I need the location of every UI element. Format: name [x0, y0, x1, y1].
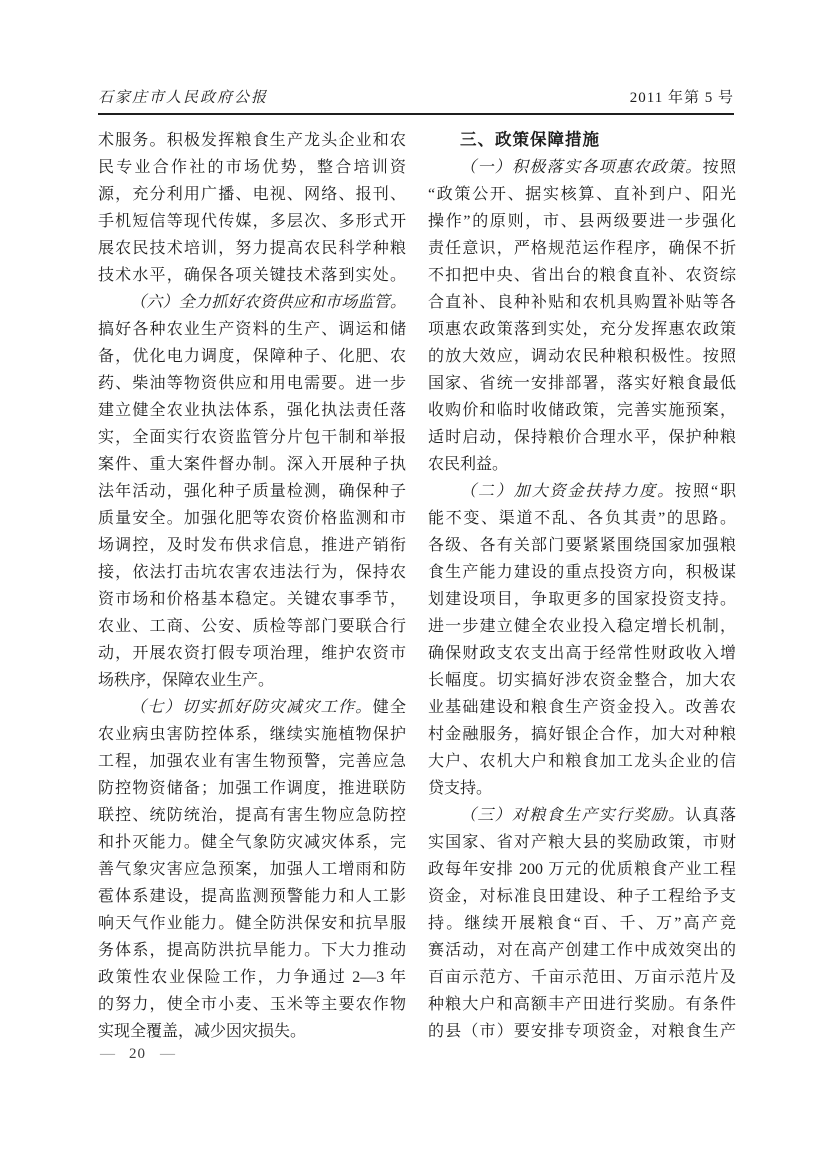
text-line: 能不变、渠道不乱、各负其责”的思路。: [428, 505, 736, 532]
text-line: （七）切实抓好防灾减灾工作。健全: [98, 694, 406, 721]
text-line: （六）全力抓好农资供应和市场监管。: [98, 289, 406, 316]
page-number: — 20 —: [100, 1044, 175, 1064]
text-segment: 案件、重大案件督办制。深入开展种子执: [98, 456, 406, 473]
text-line: 接，依法打击坑农害农违法行为，保持农: [98, 559, 406, 586]
text-segment: 政每年安排 200 万元的优质粮食产业工程: [428, 861, 736, 878]
text-line: 村金融服务，搞好银企合作，加大对种粮: [428, 721, 736, 748]
text-segment: 种粮大户和高额丰产田进行奖励。有条件: [428, 996, 736, 1013]
text-segment: 农业、工商、公安、质检等部门要联合行: [98, 618, 406, 635]
text-line: （三）对粮食生产实行奖励。认真落: [428, 802, 736, 829]
text-line: 种粮大户和高额丰产田进行奖励。有条件: [428, 991, 736, 1018]
text-line: 场秩序，保障农业生产。: [98, 667, 406, 694]
text-segment: 划建设项目，争取更多的国家投资支持。: [428, 591, 736, 608]
text-line: 实，全面实行农资监管分片包干制和举报: [98, 424, 406, 451]
text-segment: 认真落: [685, 807, 736, 824]
text-line: 展农民技术培训，努力提高农民科学种粮: [98, 235, 406, 262]
publication-title: 石家庄市人民政府公报: [98, 88, 268, 108]
text-segment: 百亩示范方、千亩示范田、万亩示范片及: [428, 969, 736, 986]
text-line: 适时启动，保持粮价合理水平，保护种粮: [428, 424, 736, 451]
text-segment: 的县（市）要安排专项资金，对粮食生产: [428, 1023, 736, 1040]
left-column: 术服务。积极发挥粮食生产龙头企业和农民专业合作社的市场优势，整合培训资源，充分利…: [98, 127, 406, 1045]
text-line: 进一步建立健全农业投入稳定增长机制，: [428, 613, 736, 640]
text-segment: 赛活动，对在高产创建工作中成效突出的: [428, 942, 736, 959]
text-segment: （六）全力抓好农资供应和市场监管。: [130, 294, 406, 311]
text-line: 法年活动，强化种子质量检测，确保种子: [98, 478, 406, 505]
text-segment: 接，依法打击坑农害农违法行为，保持农: [98, 564, 406, 581]
text-segment: 展农民技术培训，努力提高农民科学种粮: [98, 240, 406, 257]
text-segment: 技术水平，确保各项关键技术落到实处。: [98, 267, 406, 284]
text-line: 贷支持。: [428, 775, 736, 802]
text-line: 动，开展农资打假专项治理，维护农资市: [98, 640, 406, 667]
text-line: 农业、工商、公安、质检等部门要联合行: [98, 613, 406, 640]
text-line: 雹体系建设，提高监测预警能力和人工影: [98, 883, 406, 910]
text-segment: 工程，加强农业有害生物预警，完善应急: [98, 753, 406, 770]
text-line: 案件、重大案件督办制。深入开展种子执: [98, 451, 406, 478]
text-line: 和扑灭能力。健全气象防灾减灾体系，完: [98, 829, 406, 856]
text-segment: 长幅度。切实搞好涉农资金整合，加大农: [428, 672, 736, 689]
text-line: 实国家、省对产粮大县的奖励政策，市财: [428, 829, 736, 856]
text-line: 场调控，及时发布供求信息，推进产销衔: [98, 532, 406, 559]
text-line: 资金，对标准良田建设、种子工程给予支: [428, 883, 736, 910]
text-segment: 雹体系建设，提高监测预警能力和人工影: [98, 888, 406, 905]
text-segment: 资金，对标准良田建设、种子工程给予支: [428, 888, 736, 905]
text-segment: 持。继续开展粮食“百、千、万”高产竞: [428, 915, 736, 932]
text-segment: 法年活动，强化种子质量检测，确保种子: [98, 483, 406, 500]
text-line: 质量安全。加强化肥等农资价格监测和市: [98, 505, 406, 532]
text-segment: （二）加大资金扶持力度。: [460, 483, 675, 500]
text-line: 操作”的原则，市、县两级要进一步强化: [428, 208, 736, 235]
text-line: 政策性农业保险工作，力争通过 2—3 年: [98, 964, 406, 991]
text-segment: 三、政策保障措施: [460, 131, 600, 149]
text-line: 责任意识，严格规范运作程序，确保不折: [428, 235, 736, 262]
text-line: 收购价和临时收储政策，完善实施预案，: [428, 397, 736, 424]
text-segment: 和扑灭能力。健全气象防灾减灾体系，完: [98, 834, 406, 851]
text-segment: 能不变、渠道不乱、各负其责”的思路。: [428, 510, 736, 527]
text-line: 建立健全农业执法体系，强化执法责任落: [98, 397, 406, 424]
text-segment: 村金融服务，搞好银企合作，加大对种粮: [428, 726, 736, 743]
text-line: （一）积极落实各项惠农政策。按照: [428, 154, 736, 181]
text-segment: 按照: [703, 159, 736, 176]
text-segment: 适时启动，保持粮价合理水平，保护种粮: [428, 429, 736, 446]
text-segment: 进一步建立健全农业投入稳定增长机制，: [428, 618, 736, 635]
text-segment: 手机短信等现代传媒，多层次、多形式开: [98, 213, 406, 230]
text-segment: 操作”的原则，市、县两级要进一步强化: [428, 213, 736, 230]
text-segment: 大户、农机大户和粮食加工龙头企业的信: [428, 753, 736, 770]
text-line: 搞好各种农业生产资料的生产、调运和储: [98, 316, 406, 343]
text-segment: 各级、各有关部门要紧紧围绕国家加强粮: [428, 537, 736, 554]
text-line: 民专业合作社的市场优势，整合培训资: [98, 154, 406, 181]
text-line: “政策公开、据实核算、直补到户、阳光: [428, 181, 736, 208]
page-number-dash-left: —: [100, 1044, 115, 1064]
text-segment: 合直补、良种补贴和农机具购置补贴等各: [428, 294, 736, 311]
text-line: 农民利益。: [428, 451, 736, 478]
page-number-dash-right: —: [160, 1044, 175, 1064]
text-line: 工程，加强农业有害生物预警，完善应急: [98, 748, 406, 775]
text-segment: 药、柴油等物资供应和用电需要。进一步: [98, 375, 406, 392]
text-segment: 源，充分利用广播、电视、网络、报刊、: [98, 186, 406, 203]
text-line: 百亩示范方、千亩示范田、万亩示范片及: [428, 964, 736, 991]
text-segment: 民专业合作社的市场优势，整合培训资: [98, 159, 406, 176]
text-segment: （七）切实抓好防灾减灾工作。: [130, 699, 373, 716]
text-segment: 责任意识，严格规范运作程序，确保不折: [428, 240, 736, 257]
text-line: 的县（市）要安排专项资金，对粮食生产: [428, 1018, 736, 1045]
text-line: 三、政策保障措施: [428, 127, 736, 154]
text-line: 食生产能力建设的重点投资方向，积极谋: [428, 559, 736, 586]
text-line: 各级、各有关部门要紧紧围绕国家加强粮: [428, 532, 736, 559]
text-segment: 收购价和临时收储政策，完善实施预案，: [428, 402, 736, 419]
text-line: 确保财政支农支出高于经常性财政收入增: [428, 640, 736, 667]
text-segment: 国家、省统一安排部署，落实好粮食最低: [428, 375, 736, 392]
text-segment: 建立健全农业执法体系，强化执法责任落: [98, 402, 406, 419]
text-line: 赛活动，对在高产创建工作中成效突出的: [428, 937, 736, 964]
text-segment: 术服务。积极发挥粮食生产龙头企业和农: [98, 132, 406, 149]
text-line: 持。继续开展粮食“百、千、万”高产竞: [428, 910, 736, 937]
text-segment: 响天气作业能力。健全防洪保安和抗旱服: [98, 915, 406, 932]
text-segment: 务体系，提高防洪抗旱能力。下大力推动: [98, 942, 406, 959]
text-line: 备，优化电力调度，保障种子、化肥、农: [98, 343, 406, 370]
text-line: 国家、省统一安排部署，落实好粮食最低: [428, 370, 736, 397]
text-line: 源，充分利用广播、电视、网络、报刊、: [98, 181, 406, 208]
text-segment: 贷支持。: [428, 780, 492, 797]
text-line: 的努力，使全市小麦、玉米等主要农作物: [98, 991, 406, 1018]
text-segment: 实，全面实行农资监管分片包干制和举报: [98, 429, 406, 446]
page-number-value: 20: [129, 1044, 146, 1064]
issue-number: 2011 年第 5 号: [630, 88, 734, 108]
text-line: 术服务。积极发挥粮食生产龙头企业和农: [98, 127, 406, 154]
text-line: 政每年安排 200 万元的优质粮食产业工程: [428, 856, 736, 883]
text-segment: 食生产能力建设的重点投资方向，积极谋: [428, 564, 736, 581]
text-line: 大户、农机大户和粮食加工龙头企业的信: [428, 748, 736, 775]
text-line: 药、柴油等物资供应和用电需要。进一步: [98, 370, 406, 397]
text-segment: “政策公开、据实核算、直补到户、阳光: [428, 186, 736, 203]
text-segment: 场调控，及时发布供求信息，推进产销衔: [98, 537, 406, 554]
text-line: 务体系，提高防洪抗旱能力。下大力推动: [98, 937, 406, 964]
text-line: 不扣把中央、省出台的粮食直补、农资综: [428, 262, 736, 289]
text-segment: 防控物资储备；加强工作调度，推进联防: [98, 780, 406, 797]
text-line: 防控物资储备；加强工作调度，推进联防: [98, 775, 406, 802]
page-header: 石家庄市人民政府公报 2011 年第 5 号: [98, 88, 734, 108]
document-page: 石家庄市人民政府公报 2011 年第 5 号 术服务。积极发挥粮食生产龙头企业和…: [0, 0, 826, 1169]
text-segment: 农民利益。: [428, 456, 508, 473]
text-line: 业基础建设和粮食生产资金投入。改善农: [428, 694, 736, 721]
header-rule: [98, 113, 734, 115]
text-segment: 健全: [373, 699, 406, 716]
text-line: 技术水平，确保各项关键技术落到实处。: [98, 262, 406, 289]
text-segment: 不扣把中央、省出台的粮食直补、农资综: [428, 267, 736, 284]
text-segment: 确保财政支农支出高于经常性财政收入增: [428, 645, 736, 662]
text-line: 项惠农政策落到实处，充分发挥惠农政策: [428, 316, 736, 343]
text-segment: 农业病虫害防控体系，继续实施植物保护: [98, 726, 406, 743]
text-columns: 术服务。积极发挥粮食生产龙头企业和农民专业合作社的市场优势，整合培训资源，充分利…: [98, 127, 736, 1045]
text-segment: 的努力，使全市小麦、玉米等主要农作物: [98, 996, 406, 1013]
text-segment: 项惠农政策落到实处，充分发挥惠农政策: [428, 321, 736, 338]
text-segment: （一）积极落实各项惠农政策。: [460, 159, 703, 176]
text-segment: 搞好各种农业生产资料的生产、调运和储: [98, 321, 406, 338]
text-segment: 善气象灾害应急预案，加强人工增雨和防: [98, 861, 406, 878]
text-segment: 的放大效应，调动农民种粮积极性。按照: [428, 348, 736, 365]
text-line: 合直补、良种补贴和农机具购置补贴等各: [428, 289, 736, 316]
text-segment: 实现全覆盖，减少因灾损失。: [98, 1023, 306, 1040]
text-line: 联控、统防统治，提高有害生物应急防控: [98, 802, 406, 829]
text-segment: 场秩序，保障农业生产。: [98, 672, 274, 689]
text-segment: 业基础建设和粮食生产资金投入。改善农: [428, 699, 736, 716]
text-segment: 资市场和价格基本稳定。关键农事季节，: [98, 591, 406, 608]
text-line: 手机短信等现代传媒，多层次、多形式开: [98, 208, 406, 235]
text-line: 的放大效应，调动农民种粮积极性。按照: [428, 343, 736, 370]
text-line: （二）加大资金扶持力度。按照“职: [428, 478, 736, 505]
right-column: 三、政策保障措施（一）积极落实各项惠农政策。按照“政策公开、据实核算、直补到户、…: [428, 127, 736, 1045]
text-line: 善气象灾害应急预案，加强人工增雨和防: [98, 856, 406, 883]
text-segment: 动，开展农资打假专项治理，维护农资市: [98, 645, 406, 662]
text-line: 长幅度。切实搞好涉农资金整合，加大农: [428, 667, 736, 694]
text-line: 农业病虫害防控体系，继续实施植物保护: [98, 721, 406, 748]
text-segment: （三）对粮食生产实行奖励。: [460, 807, 685, 824]
text-segment: 按照“职: [675, 483, 736, 500]
text-segment: 备，优化电力调度，保障种子、化肥、农: [98, 348, 406, 365]
text-segment: 政策性农业保险工作，力争通过 2—3 年: [98, 969, 406, 986]
text-segment: 联控、统防统治，提高有害生物应急防控: [98, 807, 406, 824]
text-line: 资市场和价格基本稳定。关键农事季节，: [98, 586, 406, 613]
text-line: 划建设项目，争取更多的国家投资支持。: [428, 586, 736, 613]
text-segment: 质量安全。加强化肥等农资价格监测和市: [98, 510, 406, 527]
text-segment: 实国家、省对产粮大县的奖励政策，市财: [428, 834, 736, 851]
text-line: 实现全覆盖，减少因灾损失。: [98, 1018, 406, 1045]
text-line: 响天气作业能力。健全防洪保安和抗旱服: [98, 910, 406, 937]
